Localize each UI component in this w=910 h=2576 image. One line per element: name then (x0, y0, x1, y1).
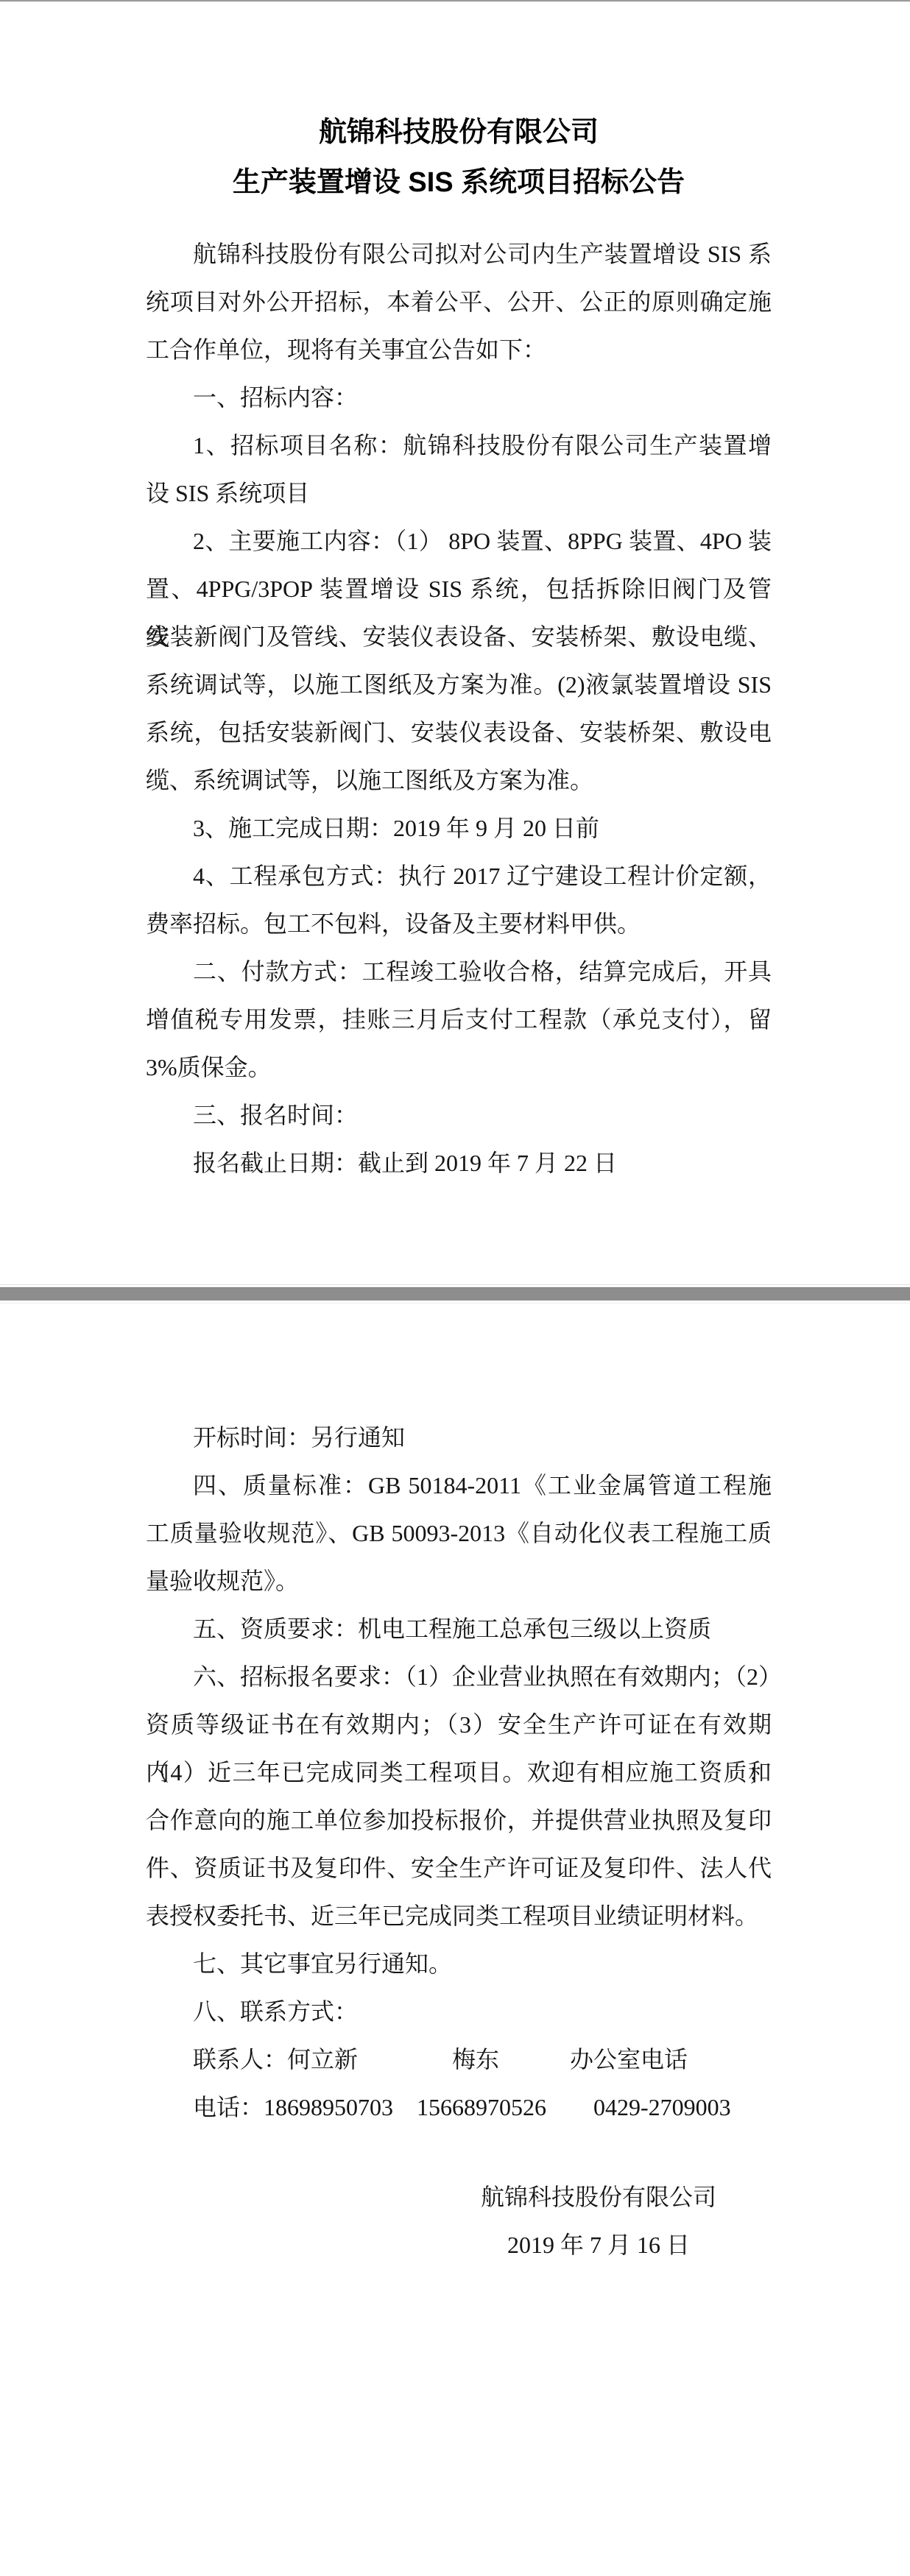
doc-line: 工质量验收规范》、GB 50093-2013《自动化仪表工程施工质 (146, 1510, 772, 1557)
doc-line: 2、主要施工内容：（1） 8PO 装置、8PPG 装置、4PO 装 (146, 517, 772, 565)
document-title-line-1: 航锦科技股份有限公司 (146, 107, 772, 158)
page-1-bottom-edge (0, 1284, 910, 1285)
doc-line: 三、报名时间： (146, 1091, 772, 1139)
doc-line: 3、施工完成日期：2019 年 9 月 20 日前 (146, 804, 772, 852)
doc-line: 系统调试等，以施工图纸及方案为准。(2)液氯装置增设 SIS (146, 661, 772, 709)
doc-line: 增值税专用发票，挂账三月后支付工程款（承兑支付），留 (146, 996, 772, 1044)
doc-line: 设 SIS 系统项目 (146, 470, 772, 517)
doc-line: 3%质保金。 (146, 1044, 772, 1091)
page-1-body: 航锦科技股份有限公司拟对公司内生产装置增设 SIS 系统项目对外公开招标，本着公… (146, 230, 772, 1187)
document-title-line-2: 生产装置增设 SIS 系统项目招标公告 (146, 158, 772, 208)
doc-line: 工合作单位，现将有关事宜公告如下： (146, 326, 772, 374)
signature-company: 航锦科技股份有限公司 (471, 2173, 726, 2221)
page-separator-bar (0, 1287, 910, 1301)
page-2-body: 开标时间：另行通知四、质量标准：GB 50184-2011《工业金属管道工程施工… (146, 1414, 772, 2131)
doc-line: 电话：18698950703 15668970526 0429-2709003 (146, 2084, 772, 2131)
signature-date: 2019 年 7 月 16 日 (471, 2221, 726, 2269)
doc-line: 量验收规范》。 (146, 1557, 772, 1605)
doc-line: 五、资质要求：机电工程施工总承包三级以上资质 (146, 1605, 772, 1653)
doc-line: 六、招标报名要求：（1）企业营业执照在有效期内；（2） (146, 1653, 772, 1701)
doc-line: （4）近三年已完成同类工程项目。欢迎有相应施工资质和 (146, 1749, 772, 1797)
doc-line: 安装新阀门及管线、安装仪表设备、安装桥架、敷设电缆、 (146, 613, 772, 661)
page-1: 航锦科技股份有限公司 生产装置增设 SIS 系统项目招标公告 航锦科技股份有限公… (146, 0, 772, 1187)
doc-line: 合作意向的施工单位参加投标报价，并提供营业执照及复印 (146, 1797, 772, 1844)
signature-block: 航锦科技股份有限公司 2019 年 7 月 16 日 (471, 2173, 726, 2269)
doc-line: 七、其它事宜另行通知。 (146, 1940, 772, 1988)
doc-line: 开标时间：另行通知 (146, 1414, 772, 1462)
page-2-top-edge (0, 1303, 910, 1303)
doc-line: 联系人：何立新 梅东 办公室电话 (146, 2036, 772, 2084)
doc-line: 缆、系统调试等，以施工图纸及方案为准。 (146, 757, 772, 804)
doc-line: 报名截止日期：截止到 2019 年 7 月 22 日 (146, 1139, 772, 1187)
doc-line: 表授权委托书、近三年已完成同类工程项目业绩证明材料。 (146, 1892, 772, 1940)
doc-line: 件、资质证书及复印件、安全生产许可证及复印件、法人代 (146, 1844, 772, 1892)
doc-line: 八、联系方式： (146, 1988, 772, 2036)
document-viewer: 航锦科技股份有限公司 生产装置增设 SIS 系统项目招标公告 航锦科技股份有限公… (0, 0, 910, 2576)
doc-line: 1、招标项目名称：航锦科技股份有限公司生产装置增 (146, 422, 772, 470)
doc-line: 费率招标。包工不包料，设备及主要材料甲供。 (146, 900, 772, 948)
doc-line: 资质等级证书在有效期内；（3）安全生产许可证在有效期内； (146, 1701, 772, 1749)
doc-line: 航锦科技股份有限公司拟对公司内生产装置增设 SIS 系 (146, 230, 772, 278)
doc-line: 4、工程承包方式：执行 2017 辽宁建设工程计价定额， (146, 852, 772, 900)
doc-line: 统项目对外公开招标，本着公平、公开、公正的原则确定施 (146, 278, 772, 326)
doc-line: 一、招标内容： (146, 374, 772, 422)
document-title-block: 航锦科技股份有限公司 生产装置增设 SIS 系统项目招标公告 (146, 107, 772, 208)
doc-line: 四、质量标准：GB 50184-2011《工业金属管道工程施 (146, 1462, 772, 1510)
doc-line: 二、付款方式：工程竣工验收合格，结算完成后，开具 (146, 948, 772, 996)
doc-line: 置、4PPG/3POP 装置增设 SIS 系统，包括拆除旧阀门及管线、 (146, 565, 772, 613)
doc-line: 系统，包括安装新阀门、安装仪表设备、安装桥架、敷设电 (146, 709, 772, 757)
